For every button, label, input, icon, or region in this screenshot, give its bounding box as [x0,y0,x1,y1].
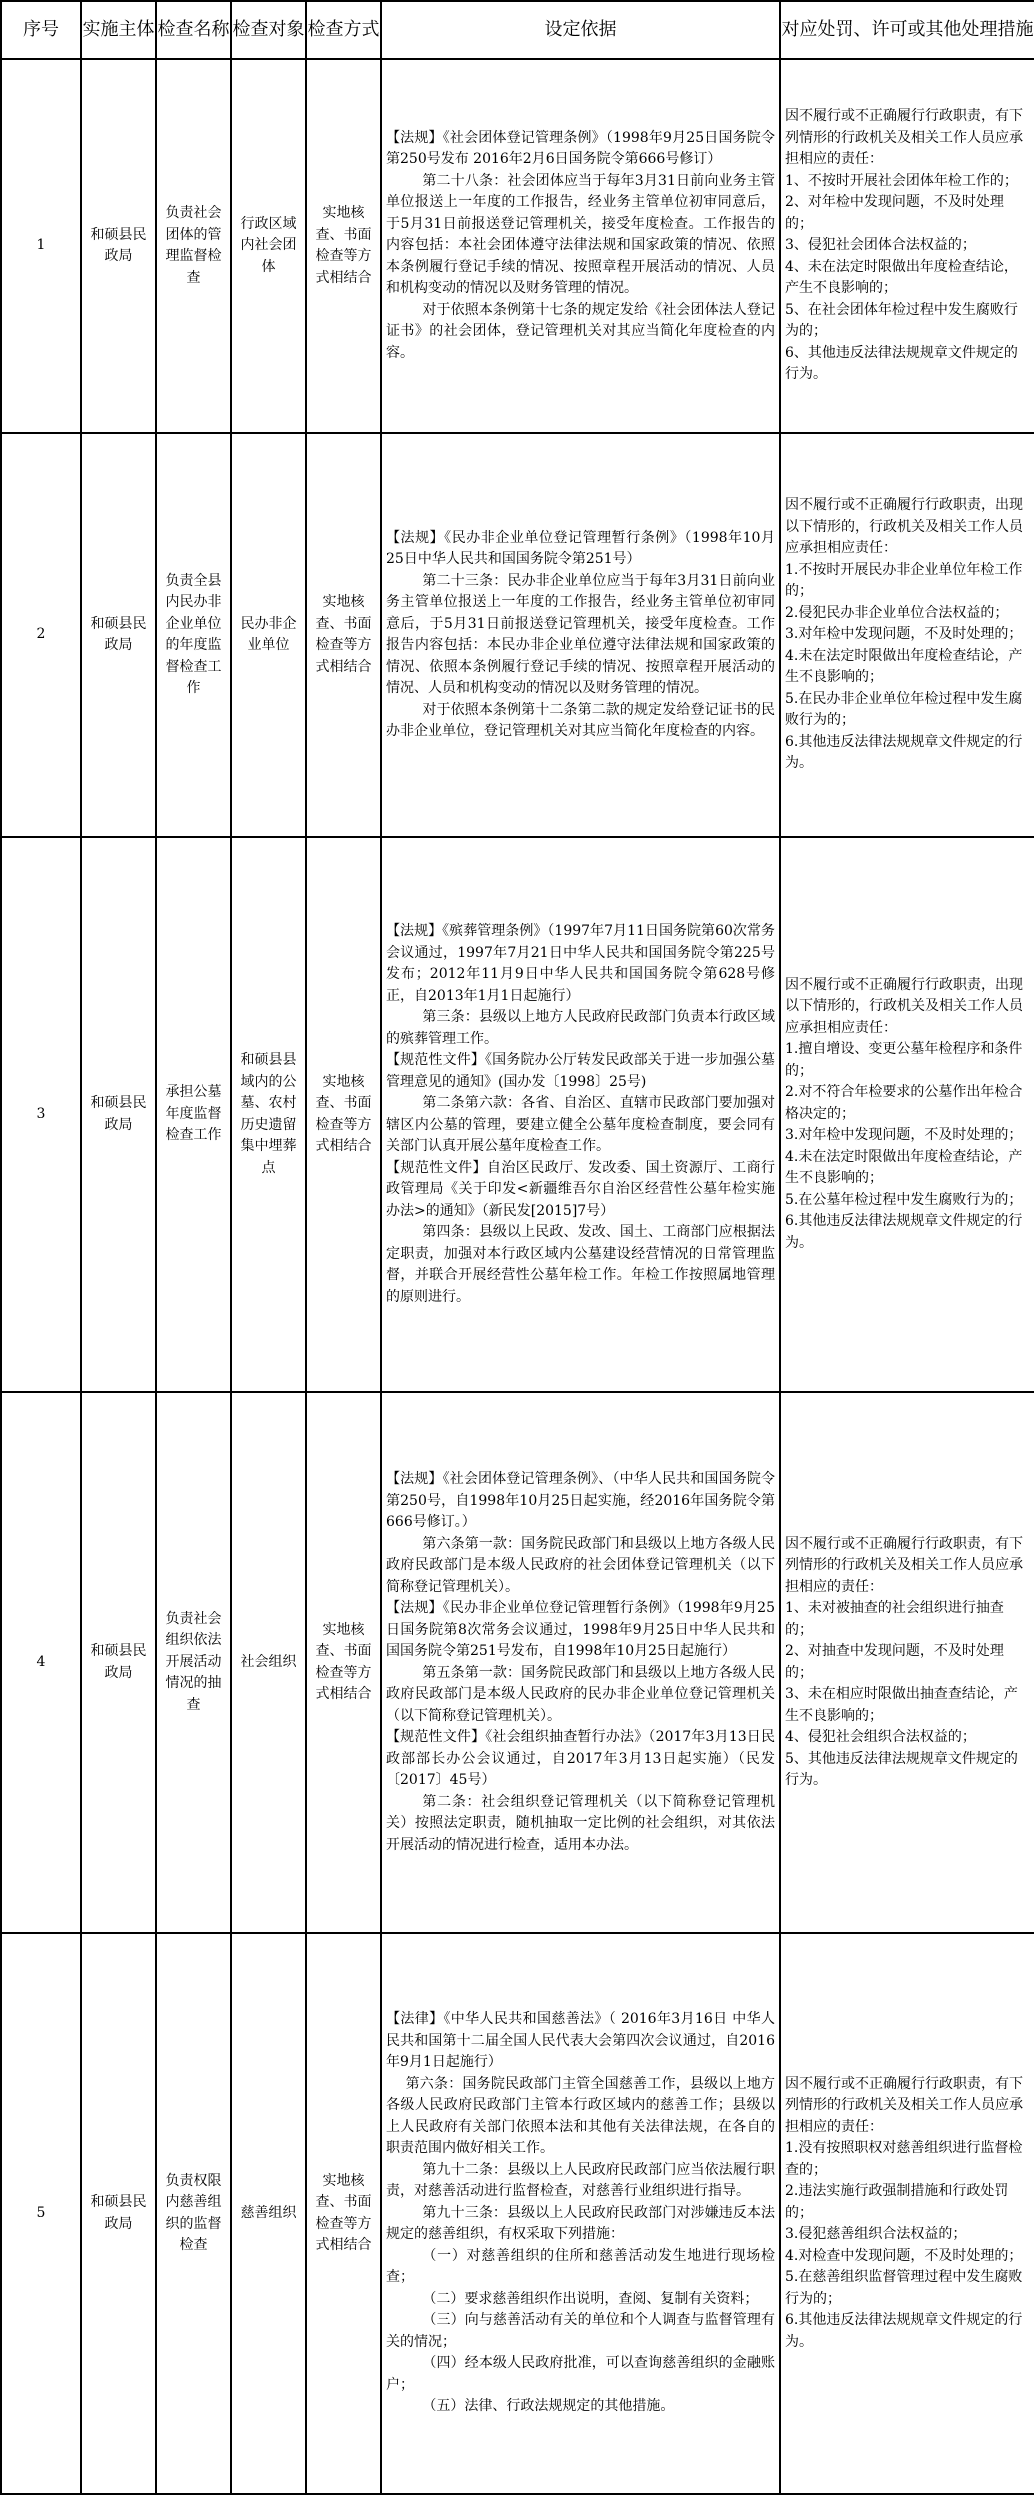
cell-seq: 1 [1,59,81,433]
cell-name: 承担公墓年度监督检查工作 [156,837,231,1392]
table-row: 5 和硕县民政局 负责权限内慈善组织的监督检查 慈善组织 实地核查、书面检查等方… [1,1933,1034,2494]
cell-seq: 4 [1,1392,81,1933]
header-method: 检查方式 [306,1,381,59]
cell-method: 实地核查、书面检查等方式相结合 [306,1392,381,1933]
cell-action: 因不履行或不正确履行行政职责，有下列情形的行政机关及相关工作人员应承担相应的责任… [780,59,1034,433]
cell-method: 实地核查、书面检查等方式相结合 [306,1933,381,2494]
basis-paragraph: 第六条第一款：国务院民政部门和县级以上地方各级人民政府民政部门是本级人民政府的社… [386,1534,775,1599]
cell-basis: 【法规】《民办非企业单位登记管理暂行条例》（1998年10月25日中华人民共和国… [381,433,780,837]
action-item: 1.没有按照职权对慈善组织进行监督检查的； [785,2138,1030,2181]
action-intro: 因不履行或不正确履行行政职责，出现以下情形的，行政机关及相关工作人员应承担相应责… [785,975,1030,1040]
basis-paragraph: 【法规】《民办非企业单位登记管理暂行条例》（1998年9月25日国务院第8次常务… [386,1598,775,1663]
cell-seq: 5 [1,1933,81,2494]
basis-paragraph: 第二十八条：社会团体应当于每年3月31日前向业务主管单位报送上一年度的工作报告，… [386,171,775,300]
action-item: 1、未对被抽查的社会组织进行抽查的； [785,1598,1030,1641]
cell-object: 民办非企业单位 [231,433,306,837]
basis-paragraph: （五）法律、行政法规规定的其他措施。 [386,2396,775,2418]
action-item: 3、侵犯社会团体合法权益的； [785,235,1030,257]
action-item: 4.未在法定时限做出年度检查结论，产生不良影响的； [785,646,1030,689]
cell-action: 因不履行或不正确履行行政职责，出现以下情形的，行政机关及相关工作人员应承担相应责… [780,433,1034,837]
action-item: 2.违法实施行政强制措施和行政处罚的； [785,2181,1030,2224]
cell-basis: 【法律】《中华人民共和国慈善法》（ 2016年3月16日 中华人民共和国第十二届… [381,1933,780,2494]
action-item: 4、侵犯社会组织合法权益的； [785,1727,1030,1749]
action-item: 5、其他违反法律法规规章文件规定的行为。 [785,1749,1030,1792]
action-item: 6.其他违反法律法规规章文件规定的行为。 [785,732,1030,775]
basis-paragraph: （四）经本级人民政府批准，可以查询慈善组织的金融账户； [386,2353,775,2396]
cell-action: 因不履行或不正确履行行政职责，出现以下情形的，行政机关及相关工作人员应承担相应责… [780,837,1034,1392]
basis-paragraph: 对于依照本条例第十二条第二款的规定发给登记证书的民办非企业单位，登记管理机关对其… [386,700,775,743]
header-row: 序号 实施主体 检查名称 检查对象 检查方式 设定依据 对应处罚、许可或其他处理… [1,1,1034,59]
action-item: 3.对年检中发现问题，不及时处理的； [785,1125,1030,1147]
cell-name: 负责社会组织依法开展活动情况的抽查 [156,1392,231,1933]
cell-method: 实地核查、书面检查等方式相结合 [306,59,381,433]
action-intro: 因不履行或不正确履行行政职责，有下列情形的行政机关及相关工作人员应承担相应的责任… [785,2074,1030,2139]
cell-name: 负责全县内民办非企业单位的年度监督检查工作 [156,433,231,837]
cell-method: 实地核查、书面检查等方式相结合 [306,433,381,837]
basis-paragraph: 【规范性文件】《社会组织抽查暂行办法》（2017年3月13日民政部部长办公会议通… [386,1727,775,1792]
basis-paragraph: 【法规】《殡葬管理条例》（1997年7月11日国务院第60次常务会议通过，199… [386,921,775,1007]
basis-paragraph: 第四条：县级以上民政、发改、国土、工商部门应根据法定职责，加强对本行政区域内公墓… [386,1222,775,1308]
cell-action: 因不履行或不正确履行行政职责，有下列情形的行政机关及相关工作人员应承担相应的责任… [780,1933,1034,2494]
basis-paragraph: （三）向与慈善活动有关的单位和个人调查与监督管理有关的情况； [386,2310,775,2353]
basis-paragraph: 第二条：社会组织登记管理机关（以下简称登记管理机关）按照法定职责，随机抽取一定比… [386,1792,775,1857]
table-row: 1 和硕县民政局 负责社会团体的管理监督检查 行政区域内社会团体 实地核查、书面… [1,59,1034,433]
cell-object: 行政区域内社会团体 [231,59,306,433]
action-item: 6.其他违反法律法规规章文件规定的行为。 [785,1211,1030,1254]
header-object: 检查对象 [231,1,306,59]
header-basis: 设定依据 [381,1,780,59]
cell-subject: 和硕县民政局 [81,837,156,1392]
action-intro: 因不履行或不正确履行行政职责，出现以下情形的，行政机关及相关工作人员应承担相应责… [785,495,1030,560]
basis-paragraph: （一）对慈善组织的住所和慈善活动发生地进行现场检查； [386,2246,775,2289]
action-item: 3.侵犯慈善组织合法权益的； [785,2224,1030,2246]
table-row: 3 和硕县民政局 承担公墓年度监督检查工作 和硕县县域内的公墓、农村历史遗留集中… [1,837,1034,1392]
basis-paragraph: 第六条：国务院民政部门主管全国慈善工作，县级以上地方各级人民政府民政部门主管本行… [386,2074,775,2160]
basis-paragraph: 【规范性文件】《国务院办公厅转发民政部关于进一步加强公墓管理意见的通知》(国办发… [386,1050,775,1093]
header-seq: 序号 [1,1,81,59]
action-item: 3.对年检中发现问题，不及时处理的； [785,624,1030,646]
basis-paragraph: 第九十二条：县级以上人民政府民政部门应当依法履行职责，对慈善活动进行监督检查，对… [386,2160,775,2203]
action-item: 5、在社会团体年检过程中发生腐败行为的； [785,300,1030,343]
cell-seq: 2 [1,433,81,837]
cell-subject: 和硕县民政局 [81,1392,156,1933]
table-row: 4 和硕县民政局 负责社会组织依法开展活动情况的抽查 社会组织 实地核查、书面检… [1,1392,1034,1933]
action-item: 2、对抽查中发现问题，不及时处理的； [785,1641,1030,1684]
basis-paragraph: 第五条第一款：国务院民政部门和县级以上地方各级人民政府民政部门是本级人民政府的民… [386,1663,775,1728]
basis-paragraph: （二）要求慈善组织作出说明，查阅、复制有关资料； [386,2289,775,2311]
action-item: 1.不按时开展民办非企业单位年检工作的； [785,560,1030,603]
basis-paragraph: 【法规】《民办非企业单位登记管理暂行条例》（1998年10月25日中华人民共和国… [386,528,775,571]
header-subject: 实施主体 [81,1,156,59]
basis-paragraph: 第二十三条：民办非企业单位应当于每年3月31日前向业务主管单位报送上一年度的工作… [386,571,775,700]
basis-paragraph: 第三条：县级以上地方人民政府民政部门负责本行政区域的殡葬管理工作。 [386,1007,775,1050]
action-item: 4.未在法定时限做出年度检查结论，产生不良影响的； [785,1147,1030,1190]
cell-subject: 和硕县民政局 [81,1933,156,2494]
cell-name: 负责权限内慈善组织的监督检查 [156,1933,231,2494]
action-item: 2.对不符合年检要求的公墓作出年检合格决定的； [785,1082,1030,1125]
basis-paragraph: 第二条第六款：各省、自治区、直辖市民政部门要加强对辖区内公墓的管理，要建立健全公… [386,1093,775,1158]
basis-paragraph: 对于依照本条例第十七条的规定发给《社会团体法人登记证书》的社会团体，登记管理机关… [386,300,775,365]
action-intro: 因不履行或不正确履行行政职责，有下列情形的行政机关及相关工作人员应承担相应的责任… [785,106,1030,171]
basis-paragraph: 【规范性文件】自治区民政厅、发改委、国土资源厅、工商行政管理局《关于印发<新疆维… [386,1158,775,1223]
action-intro: 因不履行或不正确履行行政职责，有下列情形的行政机关及相关工作人员应承担相应的责任… [785,1534,1030,1599]
cell-basis: 【法规】《社会团体登记管理条例》（1998年9月25日国务院令第250号发布 2… [381,59,780,433]
action-item: 5.在公墓年检过程中发生腐败行为的； [785,1190,1030,1212]
header-name: 检查名称 [156,1,231,59]
cell-basis: 【法规】《社会团体登记管理条例》、（中华人民共和国国务院令第250号，自1998… [381,1392,780,1933]
action-item: 6.其他违反法律法规规章文件规定的行为。 [785,2310,1030,2353]
inspection-table: 序号 实施主体 检查名称 检查对象 检查方式 设定依据 对应处罚、许可或其他处理… [0,0,1034,2495]
cell-subject: 和硕县民政局 [81,433,156,837]
table-row: 2 和硕县民政局 负责全县内民办非企业单位的年度监督检查工作 民办非企业单位 实… [1,433,1034,837]
action-item: 3、未在相应时限做出抽查查结论，产生不良影响的； [785,1684,1030,1727]
action-item: 1、不按时开展社会团体年检工作的； [785,171,1030,193]
cell-seq: 3 [1,837,81,1392]
cell-object: 社会组织 [231,1392,306,1933]
action-item: 1.擅自增设、变更公墓年检程序和条件的； [785,1039,1030,1082]
cell-subject: 和硕县民政局 [81,59,156,433]
action-item: 6、其他违反法律法规规章文件规定的行为。 [785,343,1030,386]
basis-paragraph: 【法规】《社会团体登记管理条例》（1998年9月25日国务院令第250号发布 2… [386,128,775,171]
action-item: 5.在慈善组织监督管理过程中发生腐败行为的； [785,2267,1030,2310]
action-item: 5.在民办非企业单位年检过程中发生腐败行为的； [785,689,1030,732]
basis-paragraph: 第九十三条：县级以上人民政府民政部门对涉嫌违反本法规定的慈善组织，有权采取下列措… [386,2203,775,2246]
action-item: 4、未在法定时限做出年度检查结论，产生不良影响的； [785,257,1030,300]
action-item: 2.侵犯民办非企业单位合法权益的； [785,603,1030,625]
action-item: 2、对年检中发现问题，不及时处理的； [785,192,1030,235]
cell-object: 和硕县县域内的公墓、农村历史遗留集中埋葬点 [231,837,306,1392]
cell-object: 慈善组织 [231,1933,306,2494]
action-item: 4.对检查中发现问题，不及时处理的； [785,2246,1030,2268]
cell-action: 因不履行或不正确履行行政职责，有下列情形的行政机关及相关工作人员应承担相应的责任… [780,1392,1034,1933]
cell-basis: 【法规】《殡葬管理条例》（1997年7月11日国务院第60次常务会议通过，199… [381,837,780,1392]
cell-name: 负责社会团体的管理监督检查 [156,59,231,433]
basis-paragraph: 【法规】《社会团体登记管理条例》、（中华人民共和国国务院令第250号，自1998… [386,1469,775,1534]
header-action: 对应处罚、许可或其他处理措施 [780,1,1034,59]
cell-method: 实地核查、书面检查等方式相结合 [306,837,381,1392]
basis-paragraph: 【法律】《中华人民共和国慈善法》（ 2016年3月16日 中华人民共和国第十二届… [386,2009,775,2074]
